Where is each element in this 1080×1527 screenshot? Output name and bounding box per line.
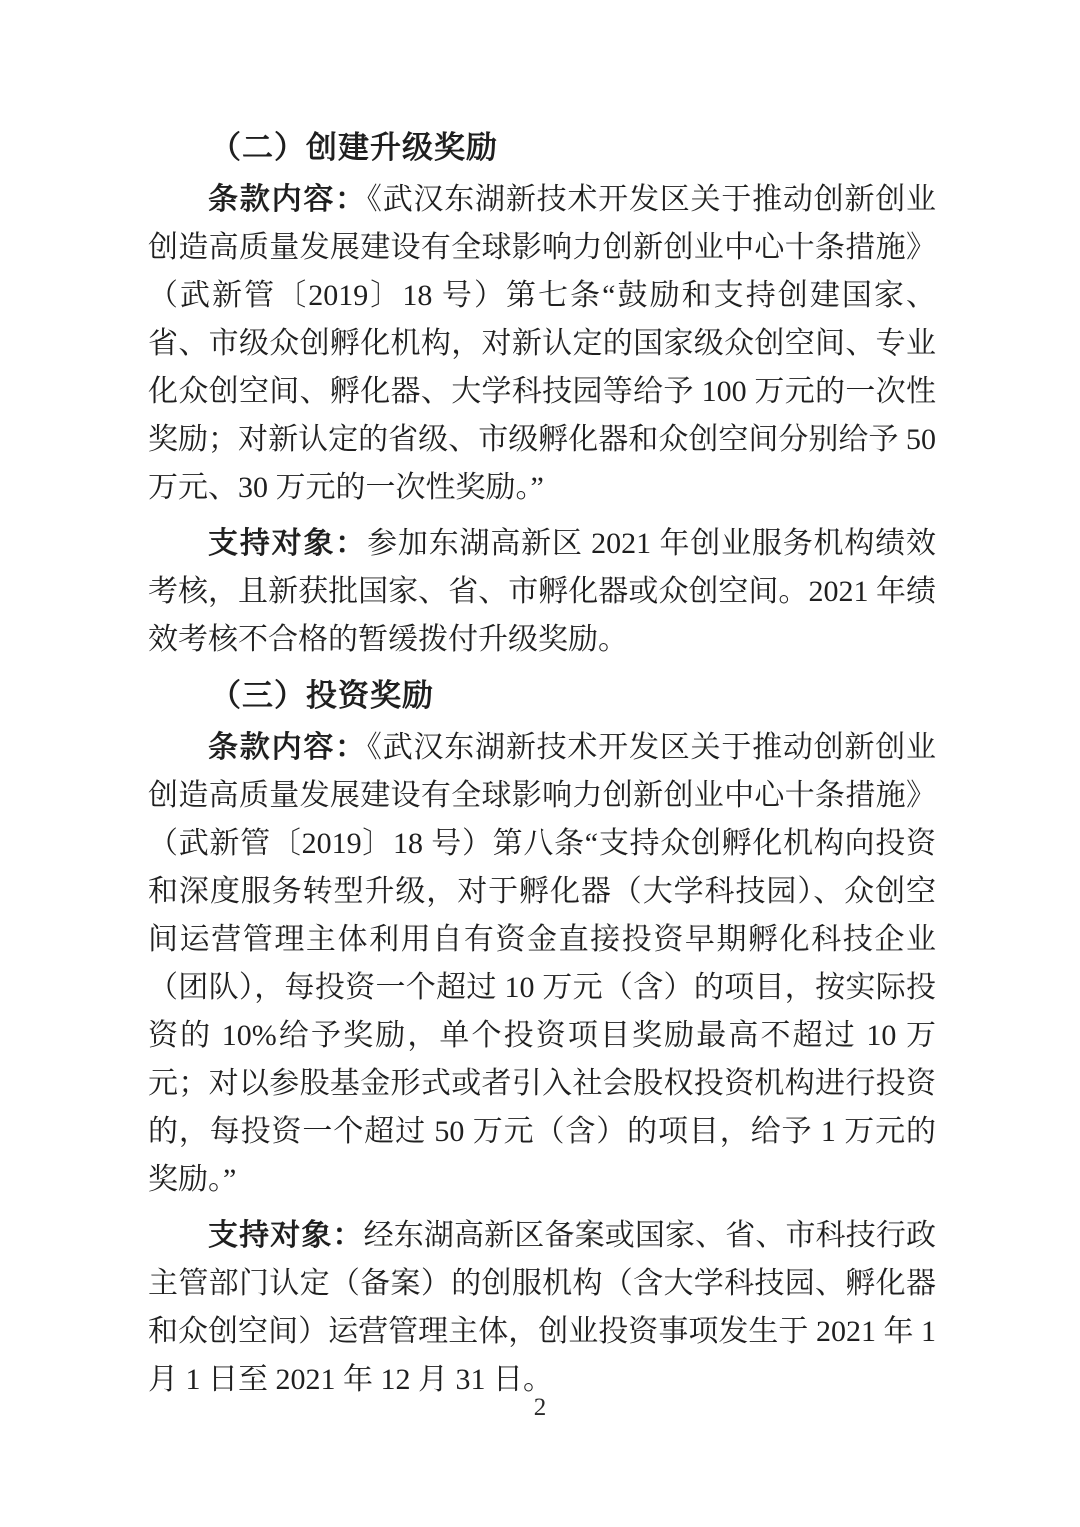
document-page: （二）创建升级奖励 条款内容：《武汉东湖新技术开发区关于推动创新创业创造高质量发… [0, 0, 1080, 1527]
paragraph-lead: 支持对象： [208, 1219, 364, 1252]
paragraph-support-target-2: 支持对象：经东湖高新区备案或国家、省、市科技行政主管部门认定（备案）的创服机构（… [148, 1212, 936, 1404]
section-heading-3: （三）投资奖励 [148, 672, 936, 720]
paragraph-text: 《武汉东湖新技术开发区关于推动创新创业创造高质量发展建设有全球影响力创新创业中心… [148, 183, 936, 504]
paragraph-lead: 条款内容： [208, 731, 367, 764]
section-heading-2: （二）创建升级奖励 [148, 124, 936, 172]
paragraph-text: 《武汉东湖新技术开发区关于推动创新创业创造高质量发展建设有全球影响力创新创业中心… [148, 731, 936, 1196]
paragraph-lead: 支持对象： [208, 527, 367, 560]
paragraph-lead: 条款内容： [208, 183, 367, 216]
paragraph-clause-content-1: 条款内容：《武汉东湖新技术开发区关于推动创新创业创造高质量发展建设有全球影响力创… [148, 176, 936, 512]
paragraph-support-target-1: 支持对象：参加东湖高新区 2021 年创业服务机构绩效考核，且新获批国家、省、市… [148, 520, 936, 664]
document-content: （二）创建升级奖励 条款内容：《武汉东湖新技术开发区关于推动创新创业创造高质量发… [148, 120, 936, 1412]
paragraph-clause-content-2: 条款内容：《武汉东湖新技术开发区关于推动创新创业创造高质量发展建设有全球影响力创… [148, 724, 936, 1204]
page-number: 2 [0, 1390, 1080, 1426]
